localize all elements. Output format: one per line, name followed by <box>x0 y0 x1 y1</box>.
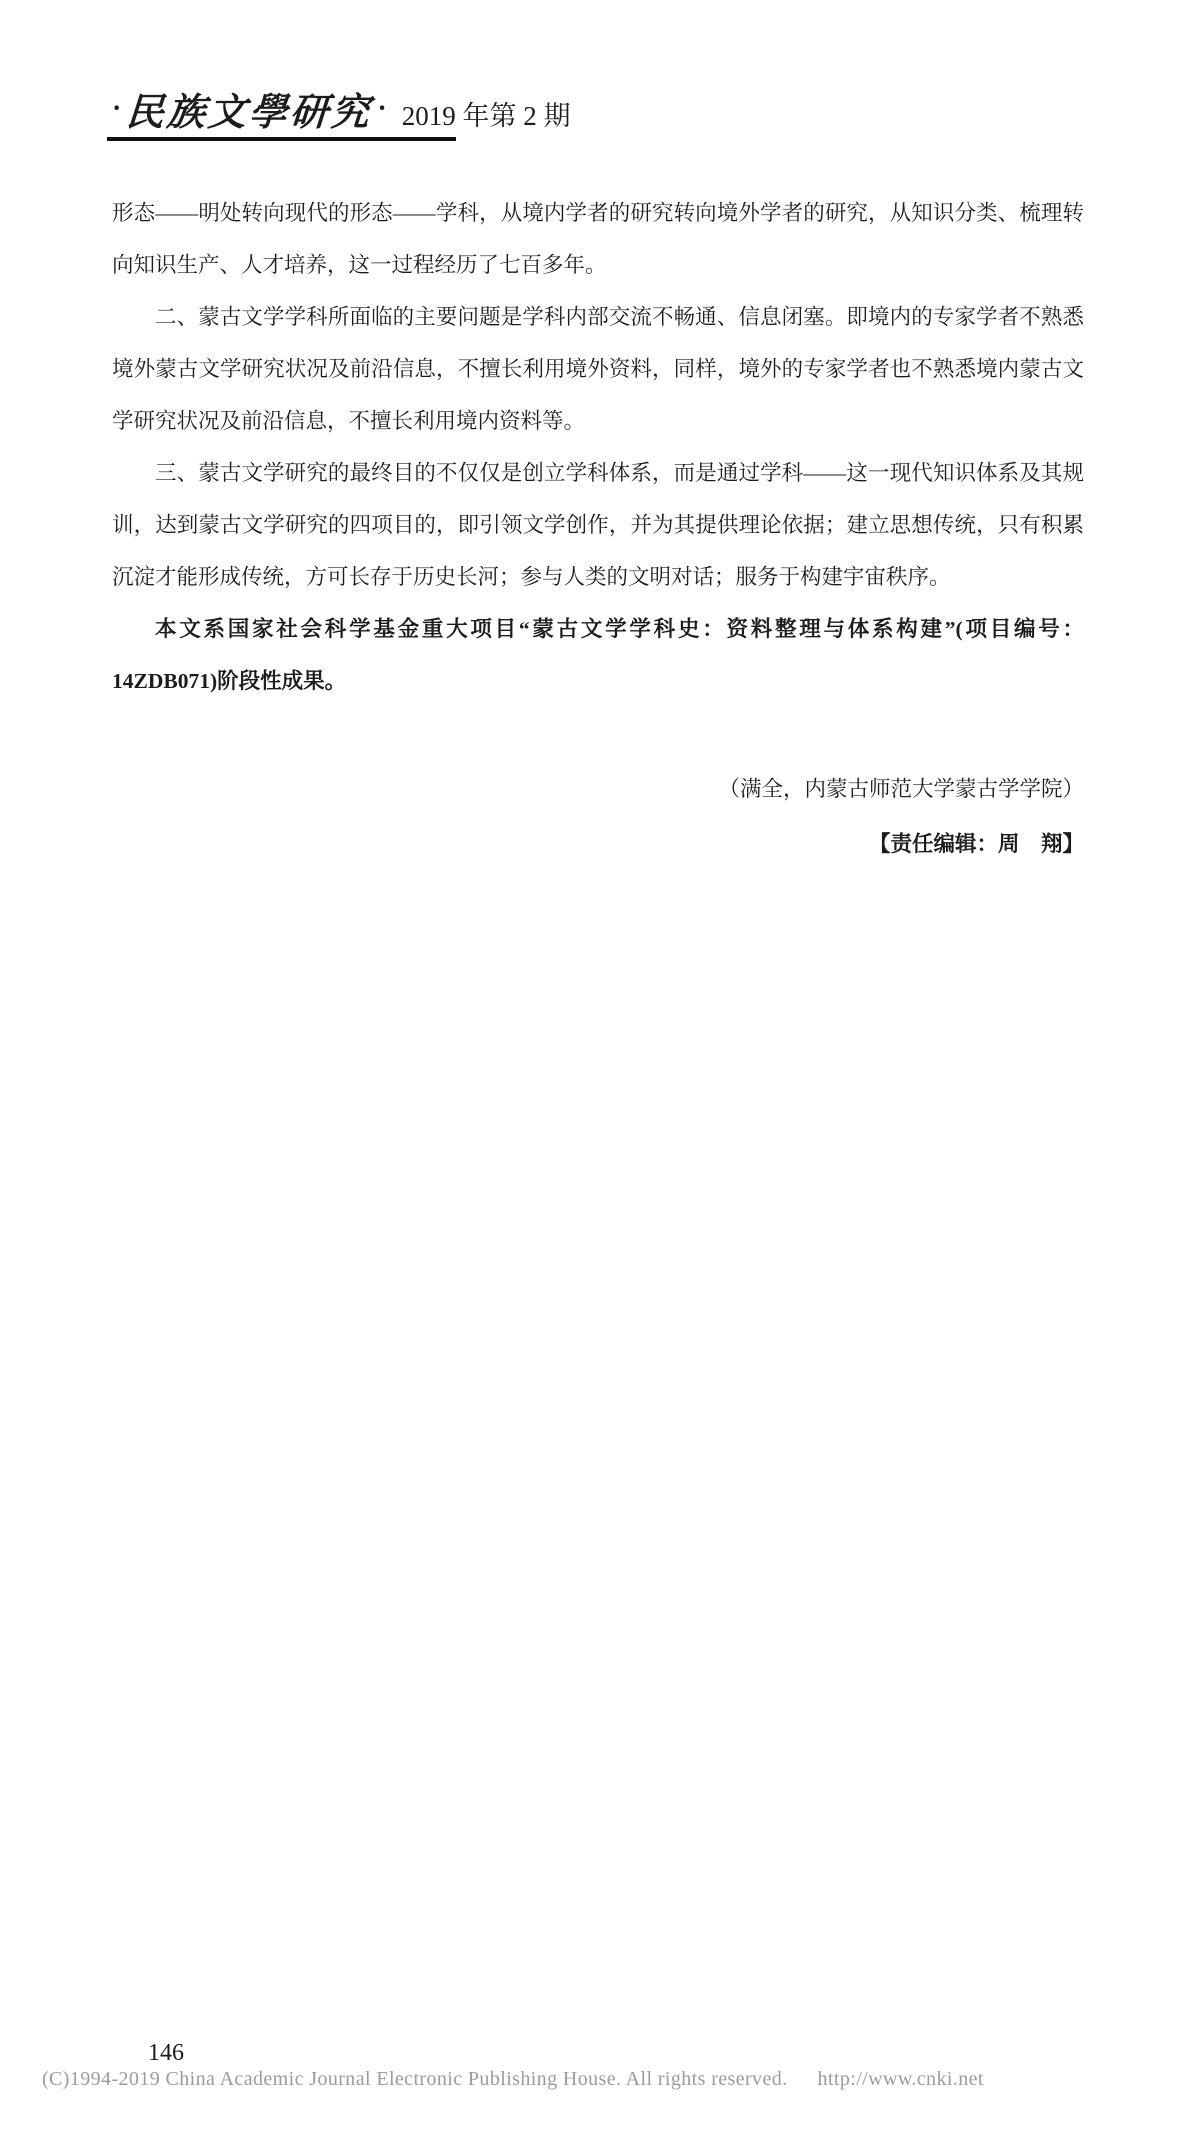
paragraph-funding-note: 本文系国家社会科学基金重大项目“蒙古文学学科史：资料整理与体系构建”(项目编号：… <box>112 603 1084 707</box>
cnki-url: http://www.cnki.net <box>818 2068 984 2090</box>
header-dot-left: · <box>112 93 121 124</box>
journal-title: 民族文學研究 <box>125 88 375 138</box>
responsible-editor: 【责任编辑：周 翔】 <box>718 817 1084 872</box>
issue-label: 2019 年第 2 期 <box>402 101 571 131</box>
journal-page: ·民族文學研究·2019 年第 2 期 形态——明处转向现代的形态——学科，从境… <box>0 0 1200 2150</box>
author-affiliation: （满全，内蒙古师范大学蒙古学学院） <box>718 762 1084 817</box>
header-rule <box>107 137 456 141</box>
page-number: 146 <box>148 2040 184 2066</box>
attribution-block: （满全，内蒙古师范大学蒙古学学院） 【责任编辑：周 翔】 <box>718 762 1084 872</box>
paragraph-continuation: 形态——明处转向现代的形态——学科，从境内学者的研究转向境外学者的研究，从知识分… <box>112 187 1084 291</box>
paragraph-point-two: 二、蒙古文学学科所面临的主要问题是学科内部交流不畅通、信息闭塞。即境内的专家学者… <box>112 291 1084 447</box>
paragraph-point-three: 三、蒙古文学研究的最终目的不仅仅是创立学科体系，而是通过学科——这一现代知识体系… <box>112 447 1084 603</box>
copyright-line: (C)1994-2019 China Academic Journal Elec… <box>42 2066 984 2092</box>
article-body: 形态——明处转向现代的形态——学科，从境内学者的研究转向境外学者的研究，从知识分… <box>112 187 1084 707</box>
copyright-text: (C)1994-2019 China Academic Journal Elec… <box>42 2068 788 2090</box>
header-dot-right: · <box>377 93 386 124</box>
